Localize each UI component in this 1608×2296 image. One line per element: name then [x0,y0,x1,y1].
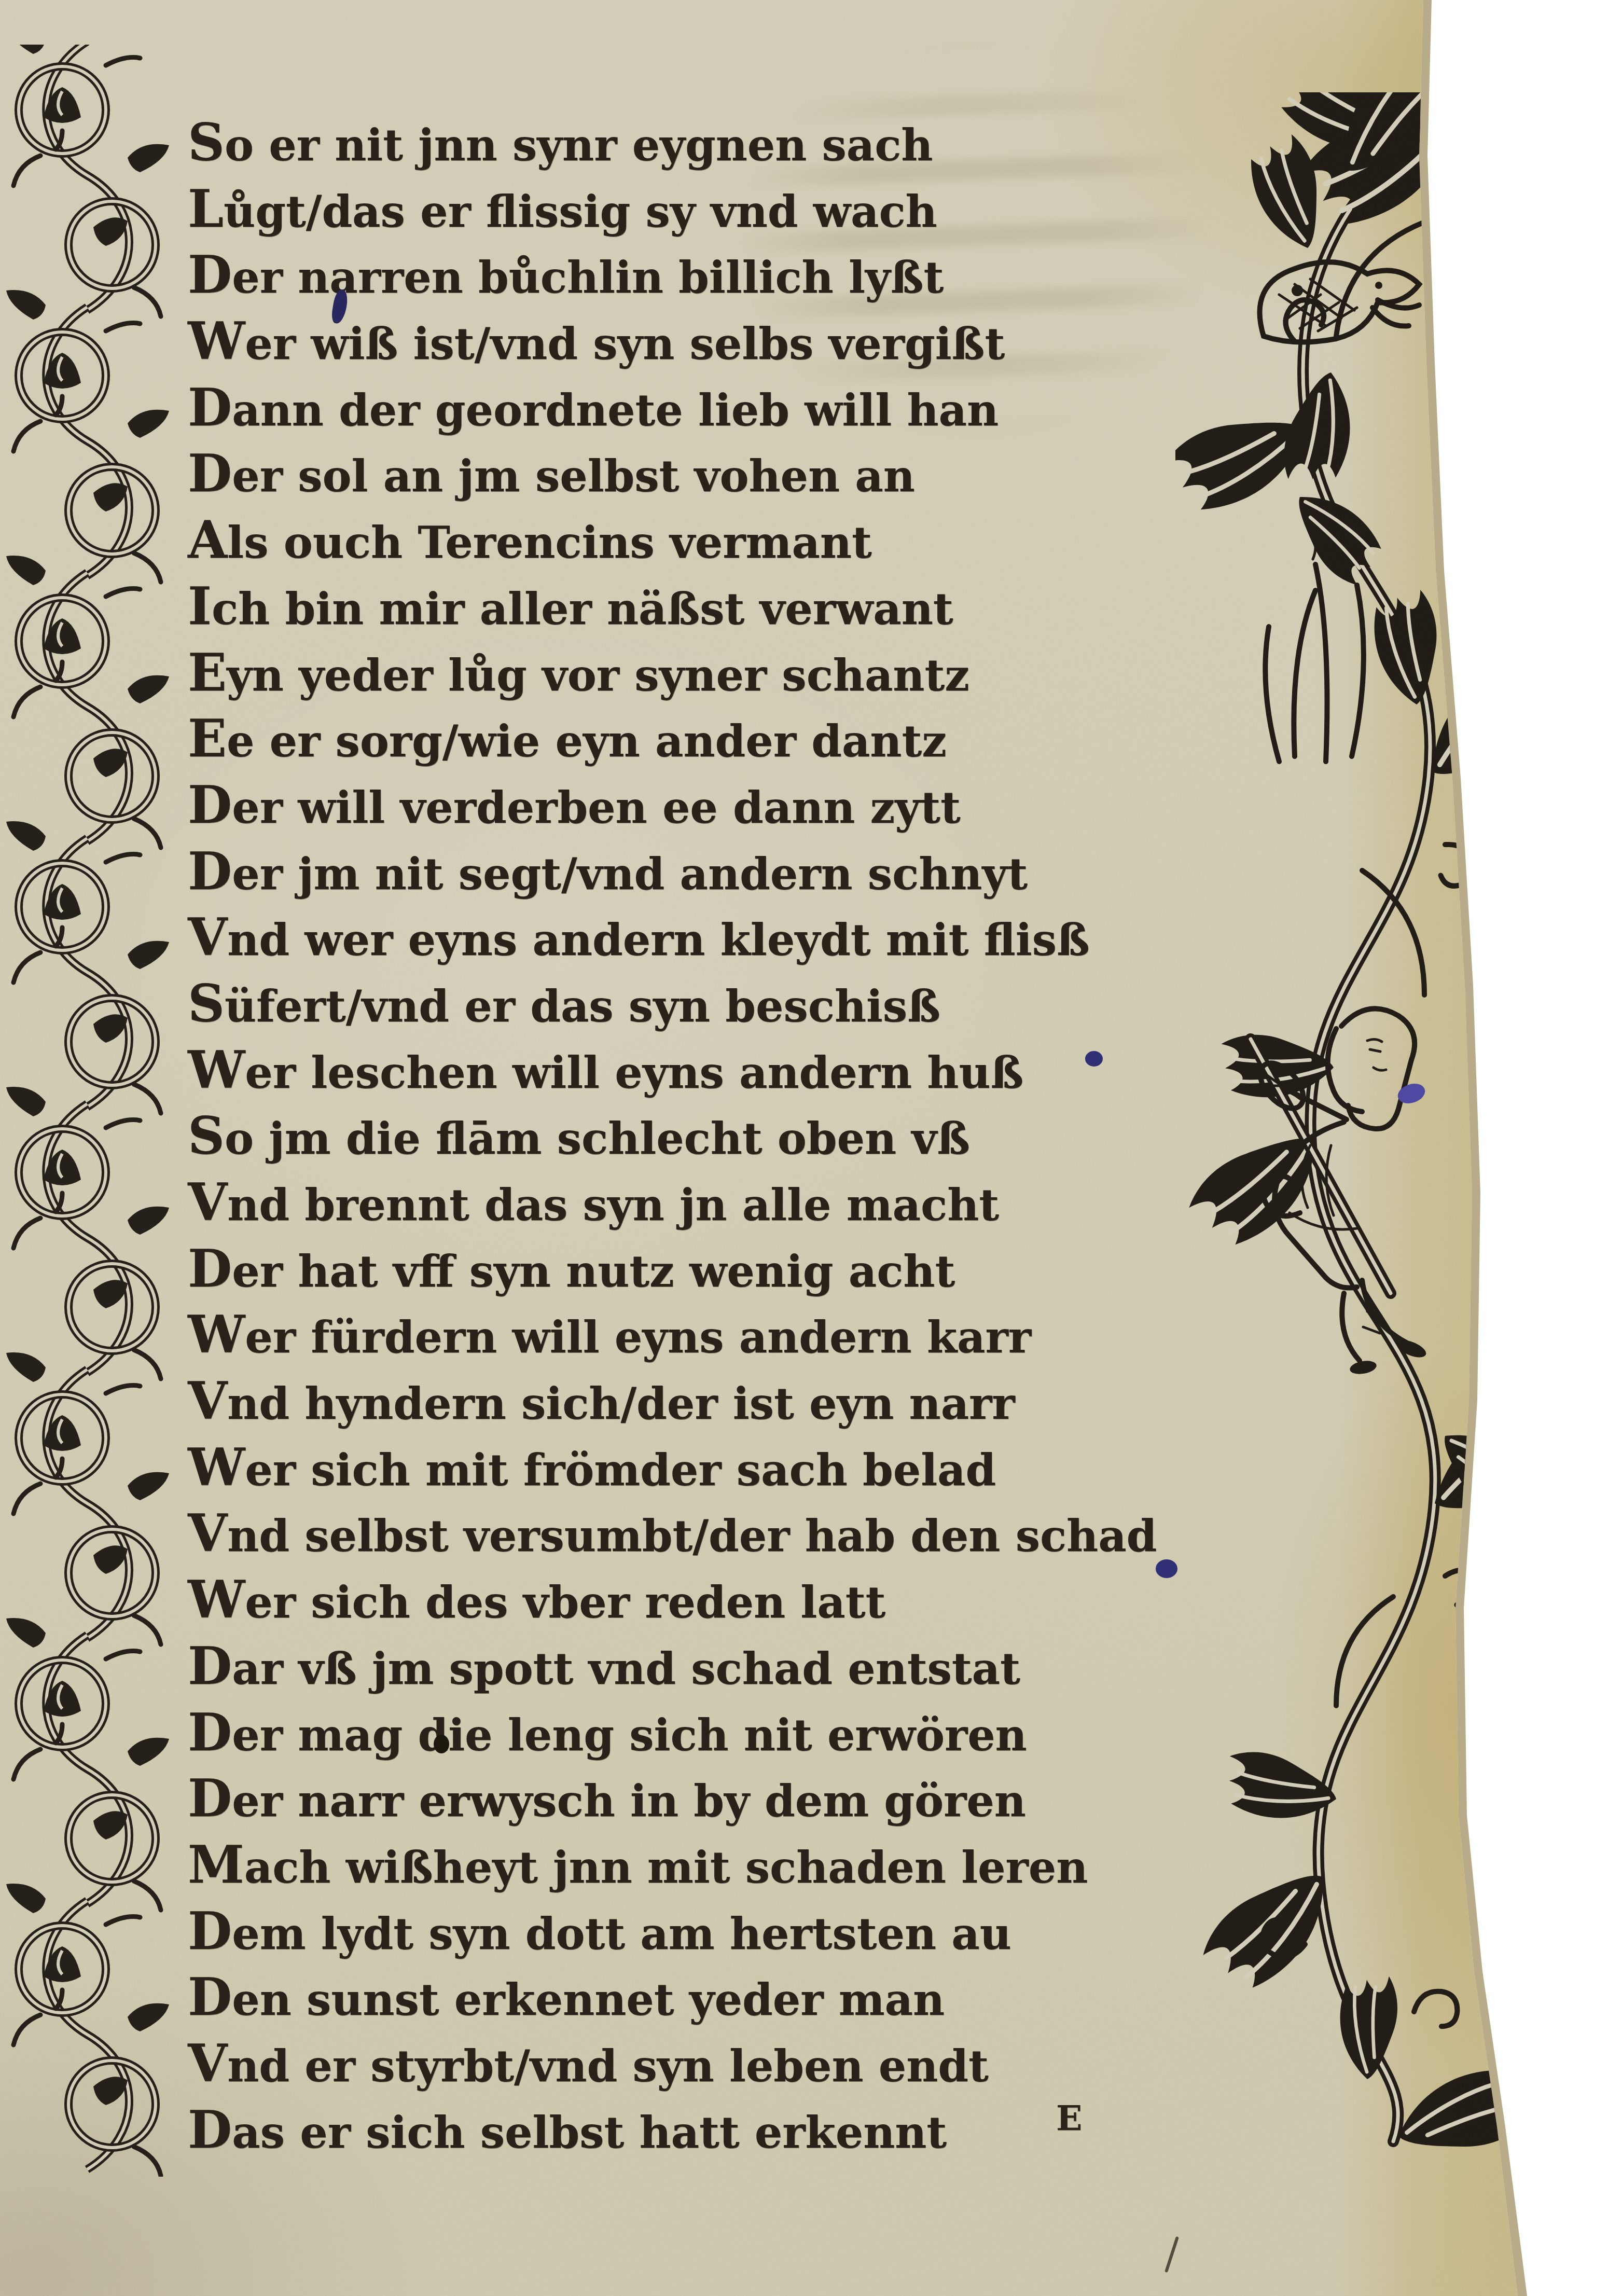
poem-line: Dem lydt syn dott am hertsten au [188,1899,1132,1965]
poem-line: Vnd selbst versumbt/der hab den schad [188,1501,1132,1567]
poem-line: Der narr erwysch in by dem gören [188,1766,1132,1832]
right-border-woodcut [1175,92,1512,2167]
hooded-figure-woodcut [1251,1008,1429,1376]
poem-line: Wer sich mit frömder sach belad [188,1435,1132,1501]
poem-line: Das er sich selbst hatt erkennt [188,2097,1132,2164]
poem-line: Als ouch Terencins vermant [188,507,1132,574]
poem-line: Ich bin mir aller näßst verwant [188,574,1132,640]
poem-line: Wer leschen will eyns andern huß [188,1038,1132,1104]
poem-line: Lůgt/das er flissig sy vnd wach [188,176,1132,243]
poem-line: Ee er sorg/wie eyn ander dantz [188,706,1132,772]
poem-line: Vnd hyndern sich/der ist eyn narr [188,1368,1132,1435]
poem-line: Vnd er styrbt/vnd syn leben endt [188,2031,1132,2097]
poem-line: Der jm nit segt/vnd andern schnyt [188,839,1132,905]
poem-line: Wer sich des vber reden latt [188,1567,1132,1634]
scanned-book-page: { "page": { "kind": "early printed book … [0,0,1608,2296]
poem-text: So er nit jnn synr eygnen sach Lůgt/das … [188,110,1132,2163]
poem-line: Der narren bůchlin billich lyßt [188,242,1132,309]
signature-mark: E [1056,2098,1082,2138]
poem-line: Eyn yeder lůg vor syner schantz [188,640,1132,707]
left-border-woodcut [4,45,178,2177]
poem-line: Dann der geordnete lieb will han [188,375,1132,441]
black-ink-blot [434,1735,449,1753]
paper-fiber-mark [1165,2236,1179,2273]
poem-line: Wer fürdern will eyns andern karr [188,1302,1132,1368]
blue-ink-dot [1156,1559,1177,1578]
poem-line: Wer wiß ist/vnd syn selbs vergißt [188,309,1132,375]
poem-line: So jm die flām schlecht oben vß [188,1103,1132,1170]
poem-line: So er nit jnn synr eygnen sach [188,110,1132,176]
poem-line: Dar vß jm spott vnd schad entstat [188,1634,1132,1700]
poem-line: Vnd brennt das syn jn alle macht [188,1170,1132,1236]
blue-ink-dot [1085,1051,1103,1067]
poem-line: Süfert/vnd er das syn beschisß [188,971,1132,1038]
poem-line: Der mag die leng sich nit erwören [188,1700,1132,1766]
poem-line: Vnd wer eyns andern kleydt mit flisß [188,905,1132,971]
paper-sheet: So er nit jnn synr eygnen sach Lůgt/das … [0,0,1608,2296]
poem-line: Der will verderben ee dann zytt [188,772,1132,839]
poem-line: Den sunst erkennet yeder man [188,1965,1132,2031]
poem-line: Mach wißheyt jnn mit schaden leren [188,1832,1132,1899]
poem-line: Der sol an jm selbst vohen an [188,441,1132,507]
poem-line: Der hat vff syn nutz wenig acht [188,1236,1132,1303]
